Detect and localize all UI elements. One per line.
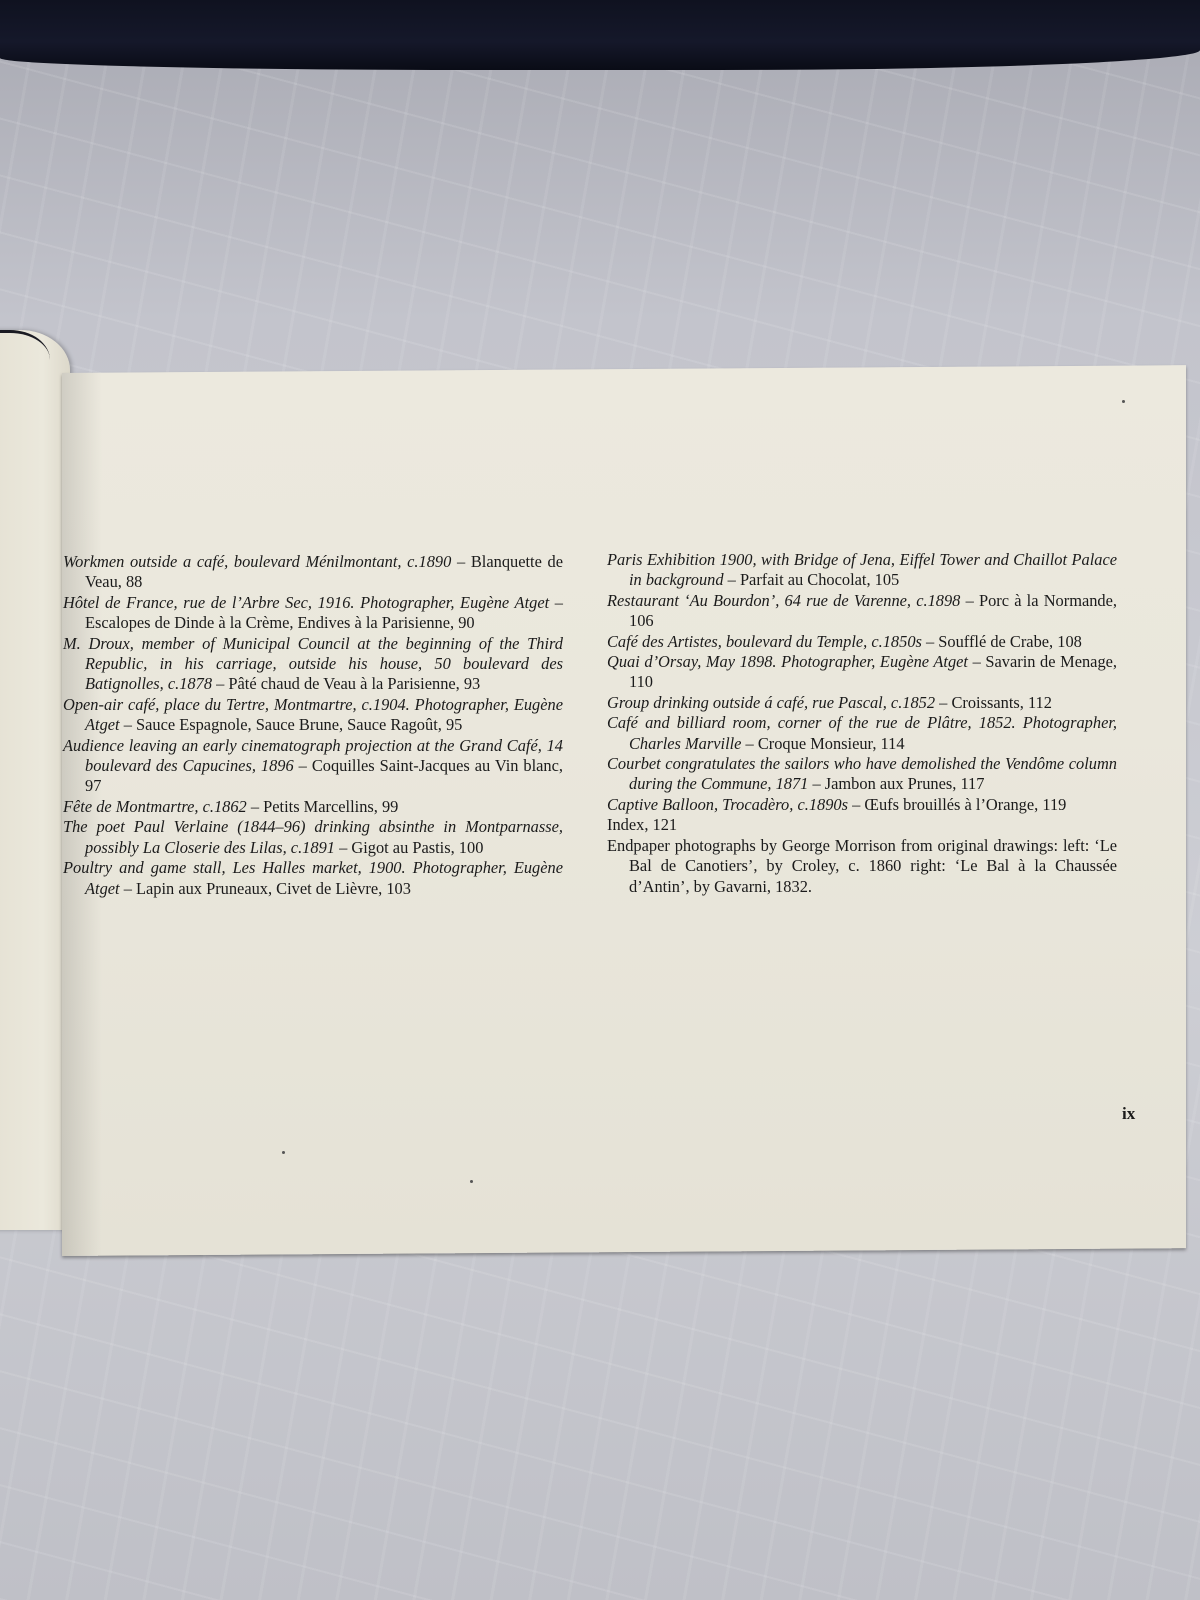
- paper-speck: [470, 1180, 473, 1183]
- list-item: Open-air café, place du Tertre, Montmart…: [63, 695, 563, 736]
- list-item: Workmen outside a café, boulevard Ménilm…: [63, 552, 563, 593]
- list-item: Group drinking outside á café, rue Pasca…: [607, 693, 1117, 713]
- recipe: Pâté chaud de Veau à la Parisienne, 93: [228, 674, 480, 693]
- list-item: Courbet congratulates the sailors who ha…: [607, 754, 1117, 795]
- recipe: Sauce Espagnole, Sauce Brune, Sauce Rago…: [136, 715, 462, 734]
- caption: Restaurant ‘Au Bourdon’, 64 rue de Varen…: [607, 591, 960, 610]
- dash: –: [724, 570, 740, 589]
- dash: –: [247, 797, 263, 816]
- list-item: Fête de Montmartre, c.1862 – Petits Marc…: [63, 797, 563, 817]
- caption: Hôtel de France, rue de l’Arbre Sec, 191…: [63, 593, 549, 612]
- list-item: Café and billiard room, corner of the ru…: [607, 713, 1117, 754]
- recipe: Petits Marcellins, 99: [263, 797, 398, 816]
- caption: Group drinking outside á café, rue Pasca…: [607, 693, 935, 712]
- recipe: Lapin aux Pruneaux, Civet de Lièvre, 103: [136, 879, 411, 898]
- list-item: Captive Balloon, Trocadèro, c.1890s – Œu…: [607, 795, 1117, 815]
- list-item: The poet Paul Verlaine (1844–96) drinkin…: [63, 817, 563, 858]
- dash: –: [848, 795, 864, 814]
- caption: Workmen outside a café, boulevard Ménilm…: [63, 552, 451, 571]
- left-page-edge: [0, 330, 70, 1230]
- caption: Fête de Montmartre, c.1862: [63, 797, 247, 816]
- caption: Quai d’Orsay, May 1898. Photographer, Eu…: [607, 652, 968, 671]
- list-item: Hôtel de France, rue de l’Arbre Sec, 191…: [63, 593, 563, 634]
- dash: –: [935, 693, 951, 712]
- recipe: Œufs brouillés à l’Orange, 119: [864, 795, 1066, 814]
- list-item: Paris Exhibition 1900, with Bridge of Je…: [607, 550, 1117, 591]
- left-column: Workmen outside a café, boulevard Ménilm…: [63, 552, 563, 899]
- dash: –: [968, 652, 985, 671]
- recipe: Gigot au Pastis, 100: [351, 838, 483, 857]
- caption: The poet Paul Verlaine (1844–96) drinkin…: [63, 817, 563, 856]
- recipe: Soufflé de Crabe, 108: [938, 632, 1082, 651]
- recipe: Croissants, 112: [951, 693, 1051, 712]
- endpaper-text: Endpaper photographs by George Morrison …: [607, 836, 1117, 896]
- caption: Café des Artistes, boulevard du Temple, …: [607, 632, 922, 651]
- list-item: Restaurant ‘Au Bourdon’, 64 rue de Varen…: [607, 591, 1117, 632]
- endpaper-note: Endpaper photographs by George Morrison …: [607, 836, 1117, 897]
- dash: –: [451, 552, 471, 571]
- dash: –: [549, 593, 563, 612]
- list-item: Poultry and game stall, Les Halles marke…: [63, 858, 563, 899]
- caption: Captive Balloon, Trocadèro, c.1890s: [607, 795, 848, 814]
- recipe: Parfait au Chocolat, 105: [740, 570, 899, 589]
- right-column: Paris Exhibition 1900, with Bridge of Je…: [607, 550, 1117, 897]
- list-item: Audience leaving an early cinematograph …: [63, 736, 563, 797]
- dash: –: [335, 838, 351, 857]
- dash: –: [212, 674, 228, 693]
- index-label: Index, 121: [607, 815, 677, 834]
- dash: –: [741, 734, 757, 753]
- list-item: Quai d’Orsay, May 1898. Photographer, Eu…: [607, 652, 1117, 693]
- list-item: M. Droux, member of Municipal Council at…: [63, 634, 563, 695]
- dash: –: [120, 715, 136, 734]
- paper-speck: [1122, 400, 1125, 403]
- dark-cloth: [0, 0, 1200, 70]
- list-item: Café des Artistes, boulevard du Temple, …: [607, 632, 1117, 652]
- dash: –: [120, 879, 136, 898]
- page-number: ix: [1122, 1104, 1135, 1124]
- dash: –: [808, 774, 824, 793]
- dash: –: [960, 591, 979, 610]
- dash: –: [294, 756, 312, 775]
- recipe: Croque Monsieur, 114: [758, 734, 905, 753]
- recipe: Escalopes de Dinde à la Crème, Endives à…: [85, 613, 475, 632]
- recipe: Jambon aux Prunes, 117: [825, 774, 985, 793]
- index-entry: Index, 121: [607, 815, 1117, 835]
- paper-speck: [282, 1151, 285, 1154]
- dash: –: [922, 632, 938, 651]
